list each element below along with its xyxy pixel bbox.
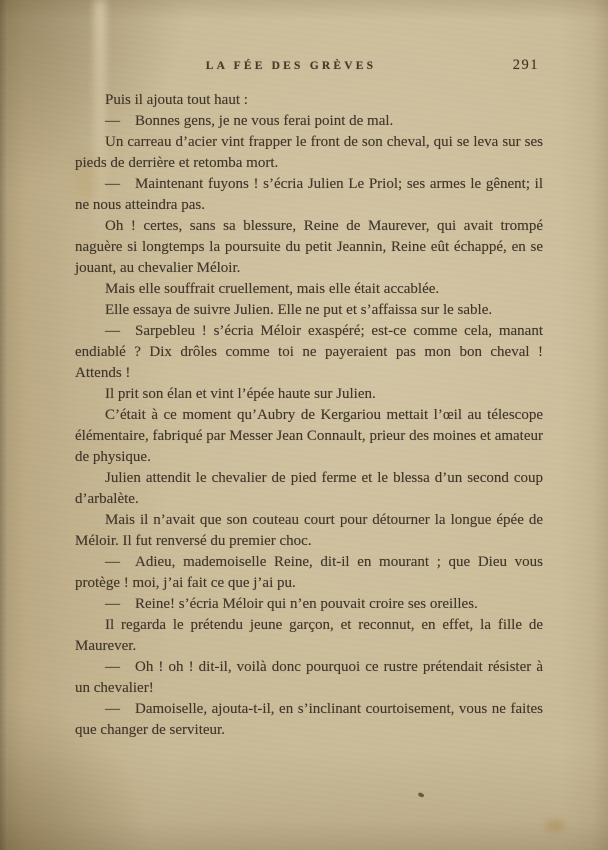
paper-stain: [545, 820, 565, 832]
paragraph: — Reine! s’écria Méloir qui n’en pouvait…: [75, 594, 543, 615]
paragraph: Julien attendit le chevalier de pied fer…: [75, 468, 543, 510]
text-block: Puis il ajouta tout haut :— Bonnes gens,…: [75, 90, 543, 741]
paragraph: Mais il n’avait que son couteau court po…: [75, 510, 543, 552]
paragraph: — Sarpebleu ! s’écria Méloir exaspéré; e…: [75, 321, 543, 384]
paragraph: — Damoiselle, ajouta-t-il, en s’inclinan…: [75, 699, 543, 741]
paragraph: — Bonnes gens, je ne vous ferai point de…: [75, 111, 543, 132]
paragraph: Un carreau d’acier vint frapper le front…: [75, 132, 543, 174]
running-header: LA FÉE DES GRÈVES 291: [75, 57, 541, 77]
page-number: 291: [513, 57, 539, 74]
paragraph: — Maintenant fuyons ! s’écria Julien Le …: [75, 174, 543, 216]
paragraph: Elle essaya de suivre Julien. Elle ne pu…: [75, 300, 543, 321]
paragraph: C’était à ce moment qu’Aubry de Kergario…: [75, 405, 543, 468]
book-page: LA FÉE DES GRÈVES 291 Puis il ajouta tou…: [0, 0, 608, 850]
paragraph: Oh ! certes, sans sa blessure, Reine de …: [75, 216, 543, 279]
ink-speck: [417, 792, 424, 799]
paragraph: Mais elle souffrait cruellement, mais el…: [75, 279, 543, 300]
paragraph: Il prit son élan et vint l’épée haute su…: [75, 384, 543, 405]
paragraph: Il regarda le prétendu jeune garçon, et …: [75, 615, 543, 657]
paragraph: — Adieu, mademoiselle Reine, dit-il en m…: [75, 552, 543, 594]
paragraph: Puis il ajouta tout haut :: [75, 90, 543, 111]
paragraph: — Oh ! oh ! dit-il, voilà donc pourquoi …: [75, 657, 543, 699]
running-title: LA FÉE DES GRÈVES: [75, 60, 507, 72]
